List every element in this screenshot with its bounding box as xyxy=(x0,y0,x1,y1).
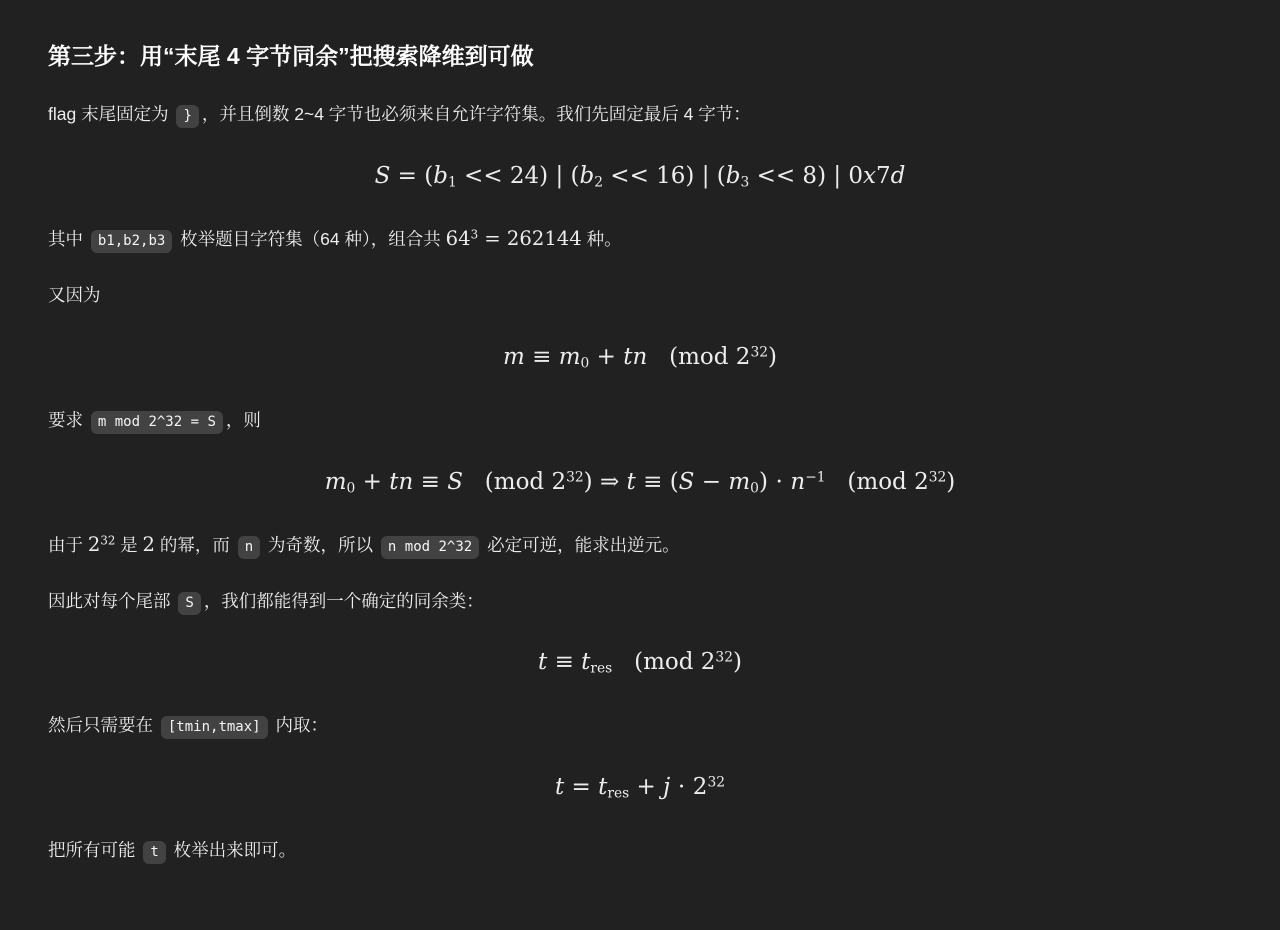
math-token: t xyxy=(627,469,636,495)
math-token: ) xyxy=(733,649,742,675)
math-token: + xyxy=(355,469,389,495)
inline-code: n mod 2^32 xyxy=(381,536,479,559)
formula-s-definition: S = (b1 << 24) | (b2 << 16) | (b3 << 8) … xyxy=(48,158,1232,196)
math-token: + xyxy=(629,774,663,800)
inline-code: [tmin,tmax] xyxy=(161,716,268,739)
math-token: ) ⇒ xyxy=(584,469,627,495)
inline-math: 2 xyxy=(143,533,155,556)
math-token: ≡ ( xyxy=(636,469,679,495)
inline-math: 232 xyxy=(88,533,115,556)
math-token: d xyxy=(891,163,906,189)
formula-m-congruence: m ≡ m0 + tn(mod 232) xyxy=(48,339,1232,377)
paragraph-invertible: 由于 232 是 2 的幂，而 n 为奇数，所以 n mod 2^32 必定可逆… xyxy=(48,531,1232,560)
math-token: << 16) | ( xyxy=(603,163,726,189)
math-token: b xyxy=(433,163,448,189)
paragraph-residue-class: 因此对每个尾部 S，我们都能得到一个确定的同余类： xyxy=(48,587,1232,616)
math-token: − xyxy=(694,469,728,495)
math-token: n xyxy=(790,469,805,495)
math-token: tn xyxy=(389,469,413,495)
math-token: 3 xyxy=(740,175,749,191)
math-token: ≡ xyxy=(413,469,447,495)
inline-code: m mod 2^32 = S xyxy=(91,411,223,434)
paragraph-because: 又因为 xyxy=(48,281,1232,310)
inline-math: 643 = 262144 xyxy=(446,227,582,250)
math-token: 32 xyxy=(100,533,115,547)
math-token: m xyxy=(559,344,581,370)
math-token: 7 xyxy=(876,163,891,189)
math-token: S xyxy=(447,469,463,495)
math-token: m xyxy=(503,344,525,370)
formula-t-residue: t ≡ tres(mod 232) xyxy=(48,644,1232,682)
math-token: x xyxy=(863,163,876,189)
math-token: 0 xyxy=(347,480,356,496)
math-token: S xyxy=(375,163,391,189)
math-token: 0 xyxy=(581,355,590,371)
math-token: −1 xyxy=(805,469,825,485)
inline-code: n xyxy=(238,536,260,559)
math-token: m xyxy=(728,469,750,495)
inline-code: b1,b2,b3 xyxy=(91,230,172,253)
section-heading: 第三步：用“末尾 4 字节同余”把搜索降维到可做 xyxy=(48,40,1232,73)
math-token: ) xyxy=(768,344,777,370)
math-token: 3 xyxy=(471,228,478,242)
inline-code: S xyxy=(178,592,200,615)
math-token: ) xyxy=(946,469,955,495)
paragraph-flag-tail: flag 末尾固定为 }，并且倒数 2~4 字节也必须来自允许字符集。我们先固定… xyxy=(48,100,1232,129)
math-token: S xyxy=(679,469,695,495)
message-content: 第三步：用“末尾 4 字节同余”把搜索降维到可做 flag 末尾固定为 }，并且… xyxy=(0,0,1280,902)
formula-t-enumeration: t = tres + j ⋅ 232 xyxy=(48,769,1232,807)
math-token: (mod 2 xyxy=(847,469,928,495)
paragraph-enumeration-count: 其中 b1,b2,b3 枚举题目字符集（64 种），组合共 643 = 2621… xyxy=(48,225,1232,254)
math-token: = 262144 xyxy=(478,227,582,250)
page: { "page": { "background_color": "#212121… xyxy=(0,0,1280,930)
math-token: b xyxy=(726,163,741,189)
math-token: 32 xyxy=(929,469,947,485)
math-token: res xyxy=(607,786,629,802)
math-token: + xyxy=(589,344,623,370)
math-token: (mod 2 xyxy=(669,344,750,370)
math-token: = ( xyxy=(390,163,433,189)
math-token: << 24) | ( xyxy=(457,163,580,189)
math-token: 32 xyxy=(750,344,768,360)
math-token: m xyxy=(325,469,347,495)
math-token: (mod 2 xyxy=(485,469,566,495)
math-token: << 8) | 0 xyxy=(749,163,863,189)
math-token: ) ⋅ xyxy=(759,469,790,495)
math-token: ≡ xyxy=(547,649,581,675)
math-token: t xyxy=(555,774,564,800)
math-token: (mod 2 xyxy=(634,649,715,675)
inline-code: t xyxy=(143,841,165,864)
math-token: tn xyxy=(623,344,647,370)
math-token: 2 xyxy=(594,175,603,191)
math-token: ⋅ 2 xyxy=(670,774,707,800)
math-token: ≡ xyxy=(525,344,559,370)
math-token: 2 xyxy=(88,533,100,556)
paragraph-range: 然后只需要在 [tmin,tmax] 内取： xyxy=(48,711,1232,740)
math-token: = xyxy=(564,774,598,800)
math-token: 0 xyxy=(750,480,759,496)
math-token: 32 xyxy=(707,775,725,791)
math-token: 1 xyxy=(448,175,457,191)
paragraph-enumerate-all: 把所有可能 t 枚举出来即可。 xyxy=(48,836,1232,865)
paragraph-require: 要求 m mod 2^32 = S，则 xyxy=(48,406,1232,435)
inline-code: } xyxy=(176,105,198,128)
math-token: 32 xyxy=(715,650,733,666)
math-token: 64 xyxy=(446,227,471,250)
math-token: 2 xyxy=(143,533,155,556)
math-token: res xyxy=(590,661,612,677)
math-token: t xyxy=(538,649,547,675)
math-token: 32 xyxy=(566,469,584,485)
formula-solve-t: m0 + tn ≡ S(mod 232) ⇒ t ≡ (S − m0) ⋅ n−… xyxy=(48,464,1232,502)
math-token: b xyxy=(579,163,594,189)
